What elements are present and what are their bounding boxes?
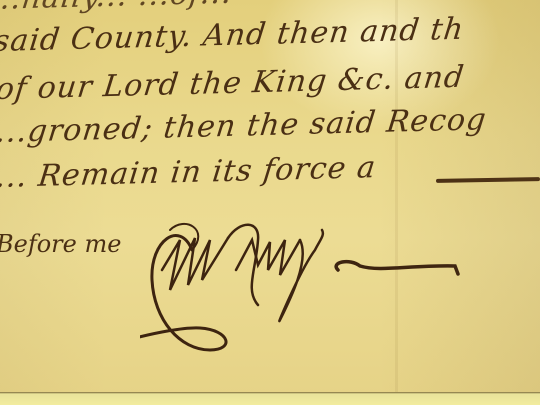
document-paper: ...nally... ...of... said County. And th… (0, 0, 540, 395)
text-line-0: ...nally... ...of... (0, 0, 234, 17)
text-line-1: said County. And then and th (0, 12, 466, 59)
text-line-3: ...groned; then the said Recog (0, 102, 488, 150)
paper-fold (395, 0, 398, 395)
text-line-2: of our Lord the King &c. and (0, 60, 466, 107)
paper-bottom-edge (0, 392, 540, 405)
text-line-4: ... Remain in its force a (0, 150, 378, 195)
signature-icon (140, 210, 460, 360)
closing-text: Before me (0, 230, 121, 258)
line-end-flourish (436, 177, 540, 183)
